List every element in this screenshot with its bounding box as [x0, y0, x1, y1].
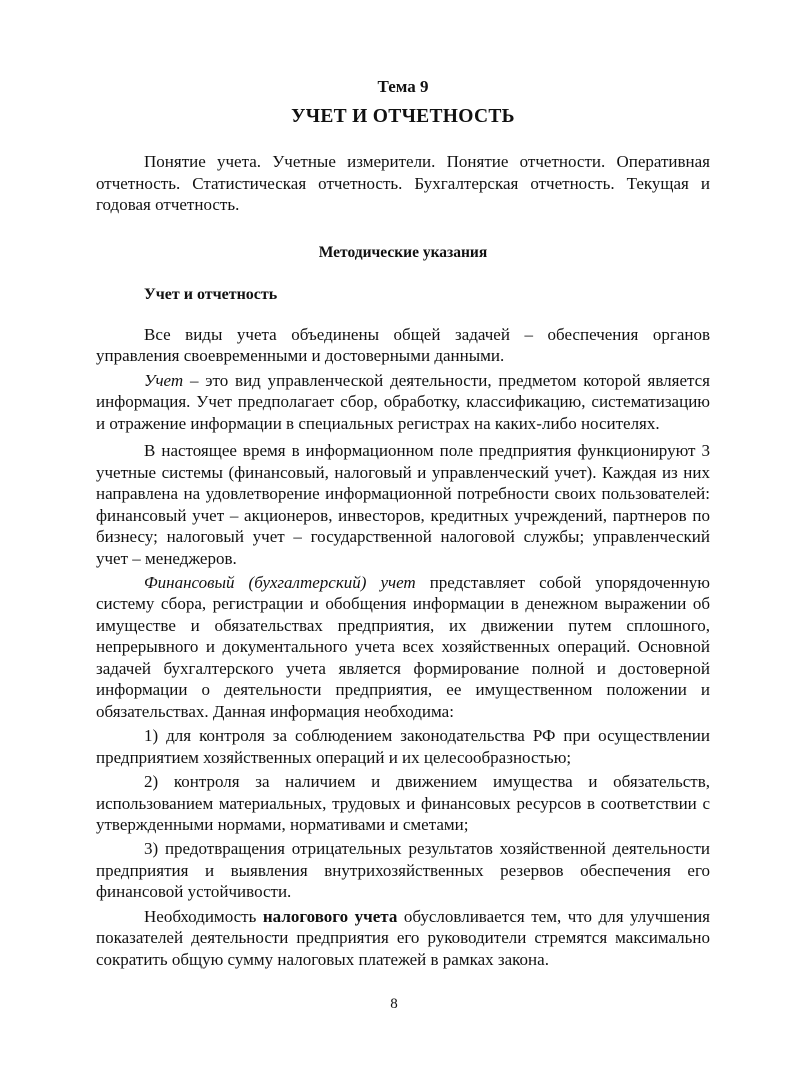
- list-item: 1) для контроля за соблюдением законодат…: [96, 725, 710, 768]
- list-item: 3) предотвращения отрицательных результа…: [96, 838, 710, 902]
- section-heading: Методические указания: [96, 244, 710, 262]
- list-item: 2) контроля за наличием и движением имущ…: [96, 771, 710, 835]
- paragraph-financial-accounting: Финансовый (бухгалтерский) учет представ…: [96, 572, 710, 722]
- chapter-title: УЧЕТ И ОТЧЕТНОСТЬ: [96, 106, 710, 128]
- term-tax-accounting: налогового учета: [263, 907, 397, 926]
- term-accounting: Учет: [144, 371, 183, 390]
- subsection-heading: Учет и отчетность: [144, 286, 277, 304]
- paragraph-accounting-definition: Учет – это вид управленческой деятельнос…: [96, 370, 710, 434]
- paragraph-text: представляет собой упорядоченную систему…: [96, 573, 710, 721]
- paragraph-accounting-systems: В настоящее время в информационном поле …: [96, 440, 710, 569]
- body-text: Все виды учета объединены общей задачей …: [96, 324, 710, 970]
- paragraph-intro: Все виды учета объединены общей задачей …: [96, 324, 710, 367]
- topic-summary: Понятие учета. Учетные измерители. Понят…: [96, 151, 710, 216]
- paragraph-text: Необходимость: [144, 907, 263, 926]
- term-financial-accounting: Финансовый (бухгалтерский) учет: [144, 573, 416, 592]
- topic-number: Тема 9: [96, 77, 710, 97]
- page-number: 8: [0, 996, 788, 1013]
- paragraph-tax-accounting: Необходимость налогового учета обусловли…: [96, 906, 710, 970]
- paragraph-text: – это вид управленческой деятельности, п…: [96, 371, 710, 433]
